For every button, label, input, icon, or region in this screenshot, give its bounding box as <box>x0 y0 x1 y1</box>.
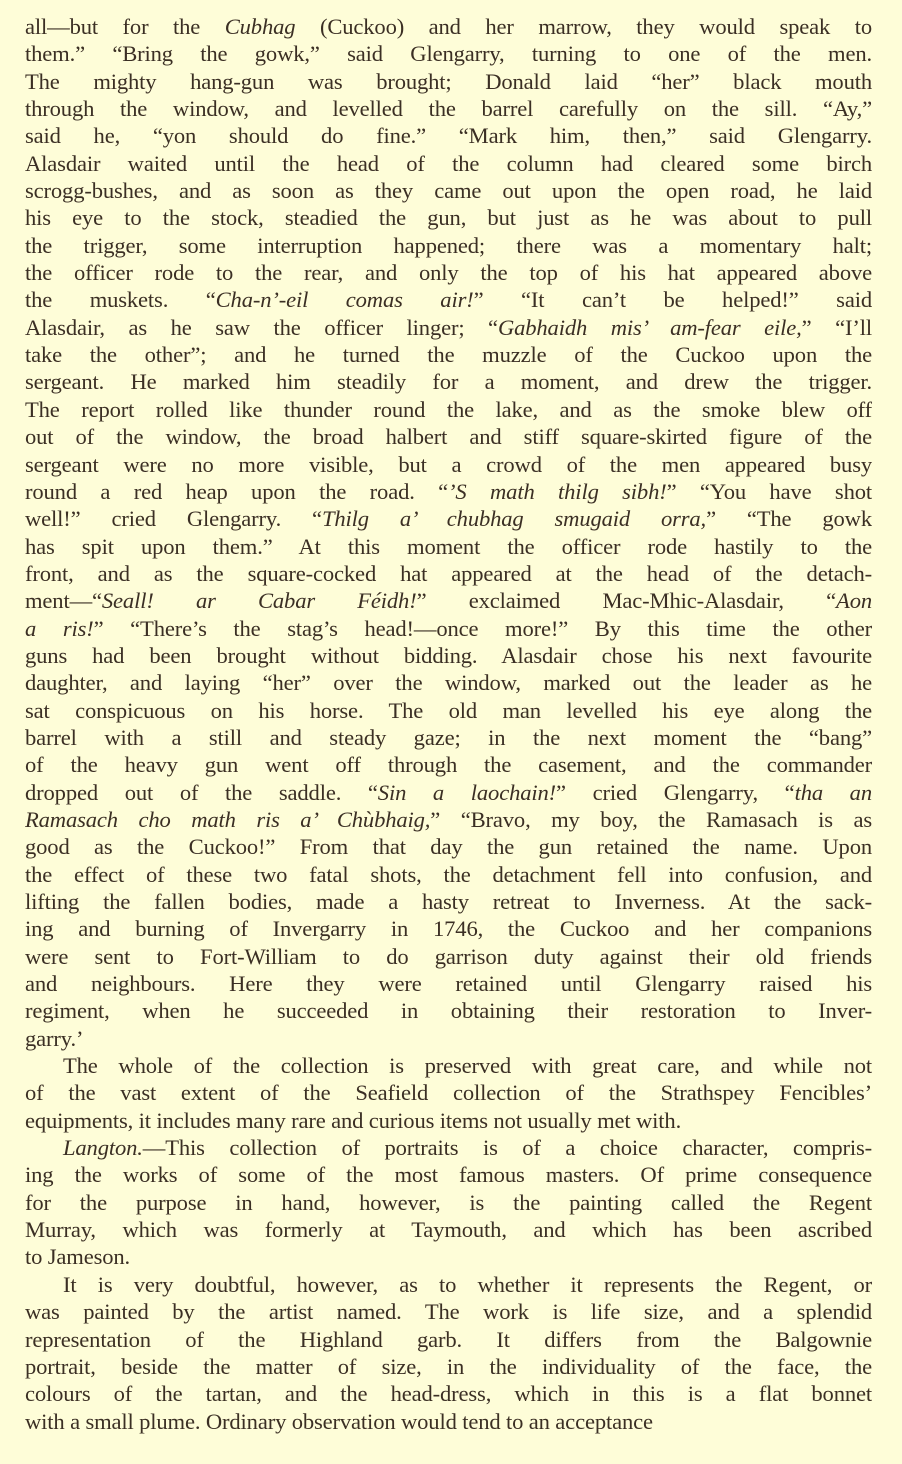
text-run: well!” cried Glengarry. “ <box>25 506 322 531</box>
text-run: It is very doubtful, however, as to whet… <box>63 1272 872 1297</box>
text-run: the officer rode to the rear, and only t… <box>25 260 872 285</box>
text-line: representation of the Highland garb. It … <box>25 1326 872 1353</box>
text-run: ” “Bravo, my boy, the Ramasach is as <box>430 807 872 832</box>
text-run: for the purpose in hand, however, is the… <box>25 1190 872 1215</box>
text-line: of the vast extent of the Seafield colle… <box>25 1079 872 1106</box>
text-line: with a small plume. Ordinary observation… <box>25 1408 872 1435</box>
text-run: with a small plume. Ordinary observation… <box>25 1409 653 1434</box>
text-run: all—but for the <box>25 14 225 39</box>
text-line: take the other”; and he turned the muzzl… <box>25 341 872 368</box>
text-run: ” “There’s the stag’s head!—once more!” … <box>94 616 872 641</box>
paragraph-langton: Langton.—This collection of portraits is… <box>25 1134 872 1271</box>
text-line: dropped out of the saddle. “Sin a laocha… <box>25 779 872 806</box>
text-run: regiment, when he succeeded in obtaining… <box>25 998 872 1023</box>
text-line: the officer rode to the rear, and only t… <box>25 259 872 286</box>
text-line: were sent to Fort-William to do garrison… <box>25 943 872 970</box>
text-line: Alasdair, as he saw the officer linger; … <box>25 314 872 341</box>
text-run: his eye to the stock, steadied the gun, … <box>25 205 872 230</box>
text-run: equipments, it includes many rare and cu… <box>25 1108 681 1133</box>
text-line: the trigger, some interruption happened;… <box>25 232 872 259</box>
text-line: good as the Cuckoo!” From that day the g… <box>25 833 872 860</box>
italic-gaelic-phrase: Ramasach cho math ris a’ Chùbhaig, <box>25 807 430 832</box>
text-run: ing and burning of Invergarry in 1746, t… <box>25 916 872 941</box>
text-line: round a red heap upon the road. “’S math… <box>25 478 872 505</box>
text-line: daughter, and laying “her” over the wind… <box>25 669 872 696</box>
text-line: well!” cried Glengarry. “Thilg a’ chubha… <box>25 505 872 532</box>
text-run: —This collection of portraits is of a ch… <box>143 1135 872 1160</box>
text-line: to Jameson. <box>25 1243 872 1270</box>
italic-gaelic-phrase: Gabhaidh mis’ am-fear eile, <box>498 315 802 340</box>
italic-gaelic-phrase: Cubhag <box>225 14 296 39</box>
text-run: Alasdair waited until the head of the co… <box>25 151 872 176</box>
text-line: sat conspicuous on his horse. The old ma… <box>25 697 872 724</box>
paragraph-collection: The whole of the collection is preserved… <box>25 1052 872 1134</box>
text-run: The mighty hang-gun was brought; Donald … <box>25 69 872 94</box>
text-run: scrogg-bushes, and as soon as they came … <box>25 178 872 203</box>
text-run: the trigger, some interruption happened;… <box>25 233 872 258</box>
text-line: lifting the fallen bodies, made a hasty … <box>25 888 872 915</box>
text-run: and neighbours. Here they were retained … <box>25 971 872 996</box>
text-run: ” exclaimed Mac-Mhic-Alasdair, “ <box>417 588 836 613</box>
text-run: dropped out of the saddle. “ <box>25 780 378 805</box>
text-line: The whole of the collection is preserved… <box>25 1052 872 1079</box>
text-run: ” “It can’t be helped!” said <box>474 287 872 312</box>
text-line: barrel with a still and steady gaze; in … <box>25 724 872 751</box>
text-run: has spit upon them.” At this moment the … <box>25 534 872 559</box>
text-run: ” “You have shot <box>667 479 872 504</box>
text-run: representation of the Highland garb. It … <box>25 1327 872 1352</box>
italic-gaelic-phrase: Sin a laochain! <box>378 780 556 805</box>
text-run: The whole of the collection is preserved… <box>63 1053 872 1078</box>
text-run: front, and as the square-cocked hat appe… <box>25 561 872 586</box>
text-line: Langton.—This collection of portraits is… <box>25 1134 872 1161</box>
text-line: The report rolled like thunder round the… <box>25 396 872 423</box>
text-line: Alasdair waited until the head of the co… <box>25 150 872 177</box>
text-run: ment—“ <box>25 588 102 613</box>
text-run: The report rolled like thunder round the… <box>25 397 872 422</box>
italic-gaelic-phrase: a ris! <box>25 616 94 641</box>
paragraph-regent-murray: It is very doubtful, however, as to whet… <box>25 1271 872 1435</box>
text-line: garry.’ <box>25 1025 872 1052</box>
text-run: Murray, which was formerly at Taymouth, … <box>25 1217 872 1242</box>
text-line: for the purpose in hand, however, is the… <box>25 1189 872 1216</box>
book-page-text: all—but for the Cubhag (Cuckoo) and her … <box>25 13 872 1435</box>
text-line: the effect of these two fatal shots, the… <box>25 861 872 888</box>
text-run: garry.’ <box>25 1026 83 1051</box>
text-line: through the window, and levelled the bar… <box>25 95 872 122</box>
text-run: (Cuckoo) and her marrow, they would spea… <box>295 14 872 39</box>
text-run: colours of the tartan, and the head-dres… <box>25 1381 872 1406</box>
text-run: take the other”; and he turned the muzzl… <box>25 342 872 367</box>
text-line: of the heavy gun went off through the ca… <box>25 751 872 778</box>
text-run: to Jameson. <box>25 1244 130 1269</box>
text-line: The mighty hang-gun was brought; Donald … <box>25 68 872 95</box>
text-run: of the vast extent of the Seafield colle… <box>25 1080 872 1105</box>
text-line: sergeant were no more visible, but a cro… <box>25 451 872 478</box>
text-run: ” cried Glengarry, “ <box>556 780 795 805</box>
text-line: Ramasach cho math ris a’ Chùbhaig,” “Bra… <box>25 806 872 833</box>
text-line: equipments, it includes many rare and cu… <box>25 1107 872 1134</box>
text-run: round a red heap upon the road. “ <box>25 479 448 504</box>
text-run: Alasdair, as he saw the officer linger; … <box>25 315 498 340</box>
text-line: It is very doubtful, however, as to whet… <box>25 1271 872 1298</box>
text-run: sat conspicuous on his horse. The old ma… <box>25 698 872 723</box>
text-line: guns had been brought without bidding. A… <box>25 642 872 669</box>
italic-gaelic-phrase: Cha-n’-eil comas air! <box>216 287 474 312</box>
text-line: colours of the tartan, and the head-dres… <box>25 1380 872 1407</box>
text-run: were sent to Fort-William to do garrison… <box>25 944 872 969</box>
text-run: said he, “yon should do fine.” “Mark him… <box>25 123 872 148</box>
text-run: lifting the fallen bodies, made a hasty … <box>25 889 872 914</box>
text-line: regiment, when he succeeded in obtaining… <box>25 997 872 1024</box>
text-line: ment—“Seall! ar Cabar Féidh!” exclaimed … <box>25 587 872 614</box>
text-run: was painted by the artist named. The wor… <box>25 1299 872 1324</box>
paragraph-continuation: all—but for the Cubhag (Cuckoo) and her … <box>25 13 872 1052</box>
text-run: sergeant. He marked him steadily for a m… <box>25 369 872 394</box>
italic-gaelic-phrase: ’S math thilg sibh! <box>448 479 667 504</box>
italic-gaelic-phrase: Aon <box>836 588 872 613</box>
text-line: and neighbours. Here they were retained … <box>25 970 872 997</box>
text-line: out of the window, the broad halbert and… <box>25 423 872 450</box>
text-line: was painted by the artist named. The wor… <box>25 1298 872 1325</box>
text-run: the effect of these two fatal shots, the… <box>25 862 872 887</box>
text-line: them.” “Bring the gowk,” said Glengarry,… <box>25 40 872 67</box>
text-run: portrait, beside the matter of size, in … <box>25 1354 872 1379</box>
text-line: scrogg-bushes, and as soon as they came … <box>25 177 872 204</box>
text-run: daughter, and laying “her” over the wind… <box>25 670 872 695</box>
text-run: barrel with a still and steady gaze; in … <box>25 725 872 750</box>
italic-gaelic-phrase: Seall! ar Cabar Féidh! <box>102 588 417 613</box>
text-run: guns had been brought without bidding. A… <box>25 643 872 668</box>
text-line: ing and burning of Invergarry in 1746, t… <box>25 915 872 942</box>
text-run: ” “The gowk <box>706 506 872 531</box>
text-line: sergeant. He marked him steadily for a m… <box>25 368 872 395</box>
italic-gaelic-phrase: Thilg a’ chubhag smugaid orra, <box>322 506 706 531</box>
italic-gaelic-phrase: tha an <box>795 780 872 805</box>
italic-gaelic-phrase: Langton. <box>63 1135 143 1160</box>
text-run: sergeant were no more visible, but a cro… <box>25 452 872 477</box>
text-line: ing the works of some of the most famous… <box>25 1161 872 1188</box>
text-line: a ris!” “There’s the stag’s head!—once m… <box>25 615 872 642</box>
text-line: portrait, beside the matter of size, in … <box>25 1353 872 1380</box>
text-run: of the heavy gun went off through the ca… <box>25 752 872 777</box>
text-line: all—but for the Cubhag (Cuckoo) and her … <box>25 13 872 40</box>
text-line: Murray, which was formerly at Taymouth, … <box>25 1216 872 1243</box>
text-line: the muskets. “Cha-n’-eil comas air!” “It… <box>25 286 872 313</box>
text-line: his eye to the stock, steadied the gun, … <box>25 204 872 231</box>
text-run: them.” “Bring the gowk,” said Glengarry,… <box>25 41 872 66</box>
text-run: ” “I’ll <box>802 315 872 340</box>
text-run: ing the works of some of the most famous… <box>25 1162 872 1187</box>
text-run: out of the window, the broad halbert and… <box>25 424 872 449</box>
text-run: good as the Cuckoo!” From that day the g… <box>25 834 872 859</box>
text-run: the muskets. “ <box>25 287 216 312</box>
text-line: has spit upon them.” At this moment the … <box>25 533 872 560</box>
text-line: said he, “yon should do fine.” “Mark him… <box>25 122 872 149</box>
text-line: front, and as the square-cocked hat appe… <box>25 560 872 587</box>
text-run: through the window, and levelled the bar… <box>25 96 872 121</box>
